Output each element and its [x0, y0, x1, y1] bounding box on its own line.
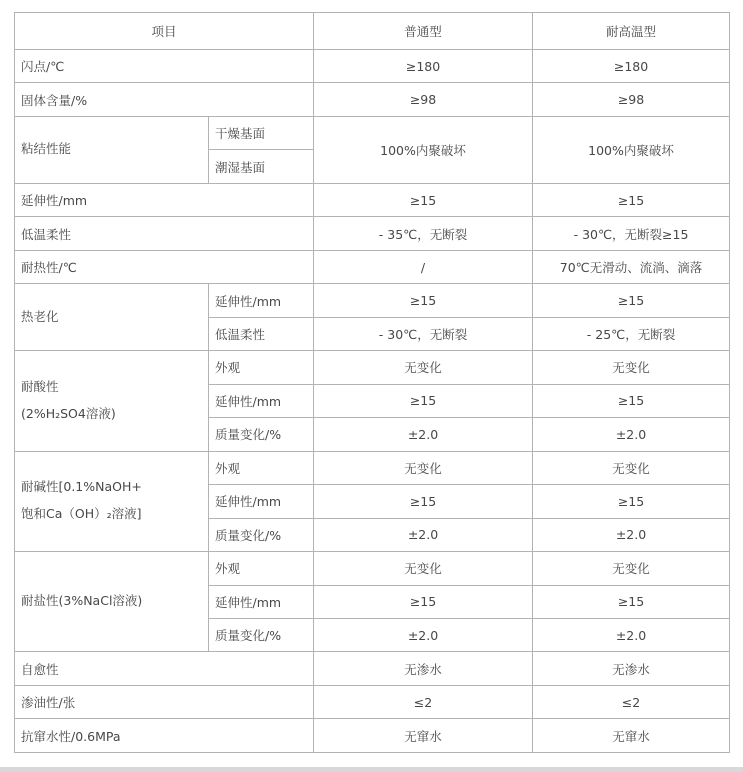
value-cell: ≥180	[533, 50, 730, 83]
sub-label: 质量变化/%	[209, 518, 314, 551]
table-row-low-temp-flexibility: 低温柔性 - 35℃，无断裂 - 30℃，无断裂≥15	[15, 217, 730, 250]
bottom-edge-divider	[0, 767, 743, 772]
sub-label: 潮湿基面	[209, 150, 314, 183]
value-cell: ≥15	[533, 183, 730, 216]
value-cell: 无变化	[533, 451, 730, 484]
value-cell: ≥15	[314, 183, 533, 216]
value-cell: - 35℃，无断裂	[314, 217, 533, 250]
row-label: 抗窜水性/0.6MPa	[15, 719, 314, 753]
table-row-water-channeling-resistance: 抗窜水性/0.6MPa 无窜水 无窜水	[15, 719, 730, 753]
value-cell: ≥15	[314, 284, 533, 317]
group-label: 耐盐性(3%NaCl溶液)	[15, 552, 209, 652]
value-cell: - 30℃，无断裂≥15	[533, 217, 730, 250]
value-cell: 无变化	[314, 552, 533, 585]
header-cell-item: 项目	[15, 13, 314, 50]
value-cell: 100%内聚破坏	[533, 116, 730, 183]
value-cell: 无变化	[533, 552, 730, 585]
value-cell: ±2.0	[314, 618, 533, 651]
row-label: 耐热性/℃	[15, 250, 314, 283]
row-label: 自愈性	[15, 652, 314, 685]
value-cell: 无窜水	[533, 719, 730, 753]
value-cell: ≥15	[533, 585, 730, 618]
page: 项目 普通型 耐高温型 闪点/℃ ≥180 ≥180 固体含量/% ≥98 ≥9…	[0, 0, 743, 772]
table-row-solid-content: 固体含量/% ≥98 ≥98	[15, 83, 730, 116]
value-cell: ≥15	[533, 384, 730, 417]
value-cell: ≥15	[314, 485, 533, 518]
value-cell: 无变化	[314, 351, 533, 384]
sub-label: 外观	[209, 351, 314, 384]
row-label: 固体含量/%	[15, 83, 314, 116]
value-cell: ≥180	[314, 50, 533, 83]
value-cell: ≤2	[314, 685, 533, 718]
value-cell: ±2.0	[533, 618, 730, 651]
value-cell: ≥15	[314, 384, 533, 417]
value-cell: ±2.0	[314, 518, 533, 551]
sub-label: 质量变化/%	[209, 418, 314, 451]
sub-label: 低温柔性	[209, 317, 314, 350]
value-cell: 100%内聚破坏	[314, 116, 533, 183]
value-cell: ≥15	[314, 585, 533, 618]
value-cell: ±2.0	[314, 418, 533, 451]
value-cell: ≤2	[533, 685, 730, 718]
sub-label: 延伸性/mm	[209, 284, 314, 317]
value-cell: 无窜水	[314, 719, 533, 753]
spec-table: 项目 普通型 耐高温型 闪点/℃ ≥180 ≥180 固体含量/% ≥98 ≥9…	[14, 12, 730, 753]
header-cell-ordinary-type: 普通型	[314, 13, 533, 50]
value-cell: ≥98	[314, 83, 533, 116]
group-label: 耐碱性[0.1%NaOH+ 饱和Ca（OH）₂溶液]	[15, 451, 209, 551]
value-cell: 70℃无滑动、流淌、滴落	[533, 250, 730, 283]
value-cell: ±2.0	[533, 518, 730, 551]
header-cell-high-temp-type: 耐高温型	[533, 13, 730, 50]
sub-label: 延伸性/mm	[209, 384, 314, 417]
value-cell: - 25℃，无断裂	[533, 317, 730, 350]
row-label: 闪点/℃	[15, 50, 314, 83]
table-row-acid-appearance: 耐酸性 (2%H₂SO4溶液) 外观 无变化 无变化	[15, 351, 730, 384]
table-row-flash-point: 闪点/℃ ≥180 ≥180	[15, 50, 730, 83]
sub-label: 质量变化/%	[209, 618, 314, 651]
sub-label: 外观	[209, 552, 314, 585]
table-row-heat-aging-elongation: 热老化 延伸性/mm ≥15 ≥15	[15, 284, 730, 317]
group-label: 耐酸性 (2%H₂SO4溶液)	[15, 351, 209, 451]
value-cell: ≥15	[533, 485, 730, 518]
value-cell: /	[314, 250, 533, 283]
table-row-oil-permeability: 渗油性/张 ≤2 ≤2	[15, 685, 730, 718]
table-row-alkali-appearance: 耐碱性[0.1%NaOH+ 饱和Ca（OH）₂溶液] 外观 无变化 无变化	[15, 451, 730, 484]
row-label: 延伸性/mm	[15, 183, 314, 216]
sub-label: 延伸性/mm	[209, 485, 314, 518]
sub-label: 干燥基面	[209, 116, 314, 149]
table-header-row: 项目 普通型 耐高温型	[15, 13, 730, 50]
value-cell: - 30℃，无断裂	[314, 317, 533, 350]
value-cell: 无渗水	[533, 652, 730, 685]
table-row-elongation: 延伸性/mm ≥15 ≥15	[15, 183, 730, 216]
value-cell: 无渗水	[314, 652, 533, 685]
row-label: 渗油性/张	[15, 685, 314, 718]
table-row-salt-appearance: 耐盐性(3%NaCl溶液) 外观 无变化 无变化	[15, 552, 730, 585]
sub-label: 延伸性/mm	[209, 585, 314, 618]
table-row-bonding-dry: 粘结性能 干燥基面 100%内聚破坏 100%内聚破坏	[15, 116, 730, 149]
group-label: 粘结性能	[15, 116, 209, 183]
group-label: 热老化	[15, 284, 209, 351]
row-label: 低温柔性	[15, 217, 314, 250]
sub-label: 外观	[209, 451, 314, 484]
value-cell: ≥98	[533, 83, 730, 116]
value-cell: 无变化	[314, 451, 533, 484]
value-cell: ≥15	[533, 284, 730, 317]
value-cell: 无变化	[533, 351, 730, 384]
value-cell: ±2.0	[533, 418, 730, 451]
table-row-heat-resistance: 耐热性/℃ / 70℃无滑动、流淌、滴落	[15, 250, 730, 283]
table-row-self-healing: 自愈性 无渗水 无渗水	[15, 652, 730, 685]
